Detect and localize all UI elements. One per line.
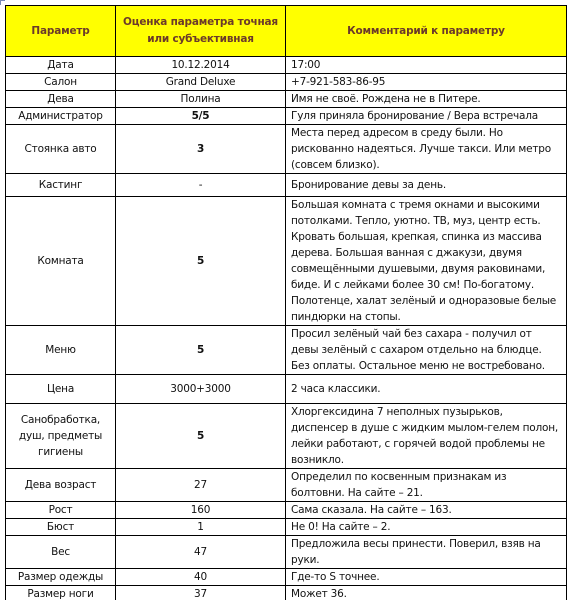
- parameter-cell: Цена: [6, 375, 116, 404]
- comment-cell: Бронирование девы за день.: [286, 174, 567, 197]
- table-row: Бюст1Не 0! На сайте – 2.: [6, 519, 567, 536]
- score-cell: 5: [116, 326, 286, 375]
- comment-cell: Места перед адресом в среду были. Но рис…: [286, 125, 567, 174]
- score-cell: 5: [116, 197, 286, 326]
- score-cell: 5: [116, 404, 286, 469]
- comment-cell: Не 0! На сайте – 2.: [286, 519, 567, 536]
- parameter-cell: Бюст: [6, 519, 116, 536]
- parameter-cell: Кастинг: [6, 174, 116, 197]
- score-cell: 27: [116, 469, 286, 502]
- table-row: Стоянка авто3Места перед адресом в среду…: [6, 125, 567, 174]
- score-cell: Полина: [116, 91, 286, 108]
- table-body: Дата10.12.201417:00СалонGrand Deluxe+7-9…: [6, 57, 567, 600]
- score-cell: 37: [116, 586, 286, 600]
- comment-cell: Может 36.: [286, 586, 567, 600]
- comment-cell: +7-921-583-86-95: [286, 74, 567, 91]
- score-cell: 3000+3000: [116, 375, 286, 404]
- score-cell: Grand Deluxe: [116, 74, 286, 91]
- header-row: Параметр Оценка параметра точная или суб…: [6, 6, 567, 57]
- parameter-cell: Дата: [6, 57, 116, 74]
- score-cell: 1: [116, 519, 286, 536]
- table-row: Меню5Просил зелёный чай без сахара - пол…: [6, 326, 567, 375]
- table-row: Размер одежды40Где-то S точнее.: [6, 569, 567, 586]
- score-cell: 10.12.2014: [116, 57, 286, 74]
- comment-cell: Сама сказала. На сайте – 163.: [286, 502, 567, 519]
- header-parameter: Параметр: [6, 6, 116, 57]
- comment-cell: 2 часа классики.: [286, 375, 567, 404]
- table-row: Комната5Большая комната с тремя окнами и…: [6, 197, 567, 326]
- score-cell: 40: [116, 569, 286, 586]
- parameter-cell: Размер одежды: [6, 569, 116, 586]
- comment-cell: Предложила весы принести. Поверил, взяв …: [286, 536, 567, 569]
- table-row: Рост160Сама сказала. На сайте – 163.: [6, 502, 567, 519]
- parameter-cell: Меню: [6, 326, 116, 375]
- comment-cell: 17:00: [286, 57, 567, 74]
- score-cell: 47: [116, 536, 286, 569]
- parameter-cell: Дева: [6, 91, 116, 108]
- parameter-cell: Санобработка, душ, предметы гигиены: [6, 404, 116, 469]
- table-row: Размер ноги37Может 36.: [6, 586, 567, 600]
- table-row: Цена3000+30002 часа классики.: [6, 375, 567, 404]
- parameter-cell: Салон: [6, 74, 116, 91]
- parameter-cell: Дева возраст: [6, 469, 116, 502]
- parameter-cell: Рост: [6, 502, 116, 519]
- comment-cell: Просил зелёный чай без сахара - получил …: [286, 326, 567, 375]
- score-cell: 3: [116, 125, 286, 174]
- table-row: Кастинг-Бронирование девы за день.: [6, 174, 567, 197]
- table-row: СалонGrand Deluxe+7-921-583-86-95: [6, 74, 567, 91]
- review-table: Параметр Оценка параметра точная или суб…: [5, 5, 567, 600]
- table-row: Администратор5/5Гуля приняла бронировани…: [6, 108, 567, 125]
- table-row: ДеваПолинаИмя не своё. Рождена не в Пите…: [6, 91, 567, 108]
- comment-cell: Хлоргексидина 7 неполных пузырьков, дисп…: [286, 404, 567, 469]
- comment-cell: Гуля приняла бронирование / Вера встреча…: [286, 108, 567, 125]
- header-score: Оценка параметра точная или субъективная: [116, 6, 286, 57]
- comment-cell: Имя не своё. Рождена не в Питере.: [286, 91, 567, 108]
- parameter-cell: Размер ноги: [6, 586, 116, 600]
- score-cell: 160: [116, 502, 286, 519]
- header-comment: Комментарий к параметру: [286, 6, 567, 57]
- table-row: Санобработка, душ, предметы гигиены5Хлор…: [6, 404, 567, 469]
- comment-cell: Большая комната с тремя окнами и высоким…: [286, 197, 567, 326]
- comment-cell: Определил по косвенным признакам из болт…: [286, 469, 567, 502]
- parameter-cell: Вес: [6, 536, 116, 569]
- table-row: Вес47Предложила весы принести. Поверил, …: [6, 536, 567, 569]
- score-cell: 5/5: [116, 108, 286, 125]
- table-row: Дева возраст27Определил по косвенным при…: [6, 469, 567, 502]
- table-row: Дата10.12.201417:00: [6, 57, 567, 74]
- comment-cell: Где-то S точнее.: [286, 569, 567, 586]
- parameter-cell: Комната: [6, 197, 116, 326]
- parameter-cell: Администратор: [6, 108, 116, 125]
- parameter-cell: Стоянка авто: [6, 125, 116, 174]
- score-cell: -: [116, 174, 286, 197]
